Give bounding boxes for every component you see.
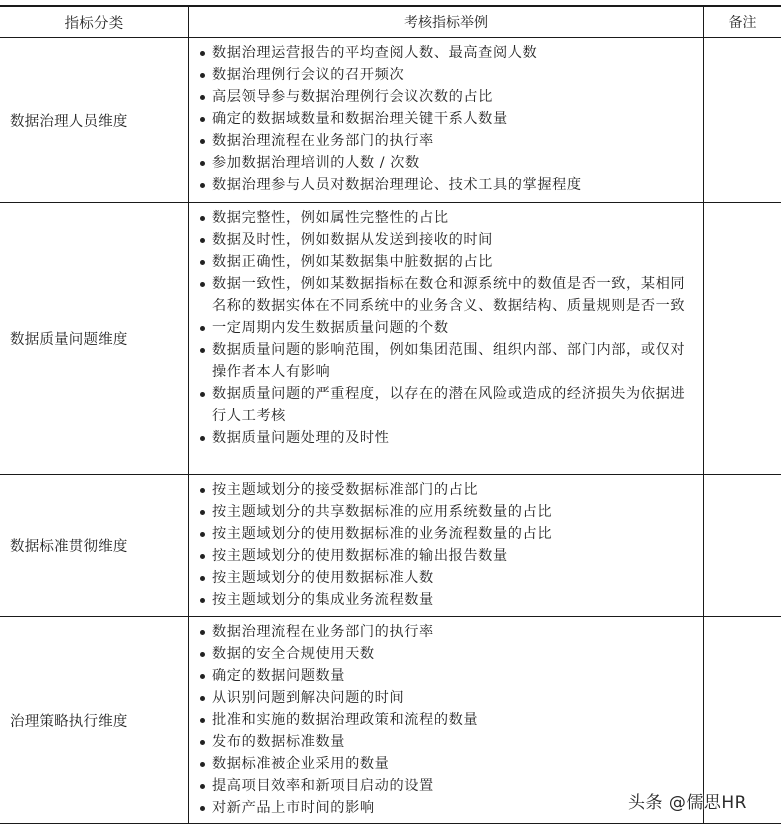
category-cell: 数据质量问题维度 xyxy=(0,203,189,474)
bullet-icon xyxy=(200,488,205,493)
item-text: 提高项目效率和新项目启动的设置 xyxy=(212,778,434,794)
bullet-icon xyxy=(200,117,205,122)
item-text: 数据质量问题处理的及时性 xyxy=(212,430,389,446)
list-item: 从识别问题到解决问题的时间 xyxy=(199,687,695,709)
bullet-icon xyxy=(200,718,205,723)
bullet-icon xyxy=(200,216,205,221)
bullet-icon xyxy=(200,510,205,515)
bullet-icon xyxy=(200,598,205,603)
list-item: 参加数据治理培训的人数 / 次数 xyxy=(199,152,695,174)
bullet-icon xyxy=(200,183,205,188)
document-page: 指标分类 考核指标举例 备注 数据治理人员维度 数据治理运营报告的平均查阅人数、… xyxy=(0,0,781,829)
examples-cell: 按主题域划分的接受数据标准部门的占比 按主题域划分的共享数据标准的应用系统数量的… xyxy=(189,475,704,616)
watermark: 头条 @儒思HR xyxy=(628,788,747,813)
item-text: 一定周期内发生数据质量问题的个数 xyxy=(212,320,449,336)
item-text: 按主题域划分的使用数据标准的业务流程数量的占比 xyxy=(212,526,552,542)
item-text: 数据质量问题的严重程度，以存在的潜在风险或造成的经济损失为依据进行人工考核 xyxy=(212,386,685,424)
table-row: 数据质量问题维度 数据完整性，例如属性完整性的占比 数据及时性，例如数据从发送到… xyxy=(0,203,781,475)
item-text: 数据及时性，例如数据从发送到接收的时间 xyxy=(212,232,493,248)
bullet-icon xyxy=(200,238,205,243)
item-text: 数据完整性，例如属性完整性的占比 xyxy=(212,210,449,226)
item-text: 数据治理运营报告的平均查阅人数、最高查阅人数 xyxy=(212,45,537,61)
bullet-icon xyxy=(200,652,205,657)
list-item: 批准和实施的数据治理政策和流程的数量 xyxy=(199,709,695,731)
list-item: 提高项目效率和新项目启动的设置 xyxy=(199,775,695,797)
indicator-list: 数据完整性，例如属性完整性的占比 数据及时性，例如数据从发送到接收的时间 数据正… xyxy=(199,207,695,449)
item-text: 确定的数据域数量和数据治理关键干系人数量 xyxy=(212,111,508,127)
item-text: 确定的数据问题数量 xyxy=(212,668,345,684)
item-text: 从识别问题到解决问题的时间 xyxy=(212,690,404,706)
bullet-icon xyxy=(200,436,205,441)
list-item: 数据质量问题的严重程度，以存在的潜在风险或造成的经济损失为依据进行人工考核 xyxy=(199,383,695,427)
list-item: 数据及时性，例如数据从发送到接收的时间 xyxy=(199,229,695,251)
list-item: 确定的数据问题数量 xyxy=(199,665,695,687)
item-text: 数据治理流程在业务部门的执行率 xyxy=(212,133,434,149)
item-text: 数据治理参与人员对数据治理理论、技术工具的掌握程度 xyxy=(212,177,582,193)
item-text: 数据治理例行会议的召开频次 xyxy=(212,67,404,83)
examples-cell: 数据治理流程在业务部门的执行率 数据的安全合规使用天数 确定的数据问题数量 从识… xyxy=(189,617,704,823)
bullet-icon xyxy=(200,73,205,78)
list-item: 数据治理参与人员对数据治理理论、技术工具的掌握程度 xyxy=(199,174,695,196)
list-item: 按主题域划分的使用数据标准的输出报告数量 xyxy=(199,545,695,567)
list-item: 按主题域划分的接受数据标准部门的占比 xyxy=(199,479,695,501)
item-text: 数据的安全合规使用天数 xyxy=(212,646,375,662)
bullet-icon xyxy=(200,630,205,635)
indicator-list: 数据治理运营报告的平均查阅人数、最高查阅人数 数据治理例行会议的召开频次 高层领… xyxy=(199,42,695,196)
list-item: 数据治理运营报告的平均查阅人数、最高查阅人数 xyxy=(199,42,695,64)
item-text: 数据标准被企业采用的数量 xyxy=(212,756,389,772)
list-item: 数据完整性，例如属性完整性的占比 xyxy=(199,207,695,229)
item-text: 批准和实施的数据治理政策和流程的数量 xyxy=(212,712,478,728)
list-item: 确定的数据域数量和数据治理关键干系人数量 xyxy=(199,108,695,130)
list-item: 数据标准被企业采用的数量 xyxy=(199,753,695,775)
examples-cell: 数据治理运营报告的平均查阅人数、最高查阅人数 数据治理例行会议的召开频次 高层领… xyxy=(189,38,704,202)
category-cell: 数据标准贯彻维度 xyxy=(0,475,189,616)
bullet-icon xyxy=(200,51,205,56)
bullet-icon xyxy=(200,784,205,789)
bullet-icon xyxy=(200,326,205,331)
item-text: 按主题域划分的共享数据标准的应用系统数量的占比 xyxy=(212,504,552,520)
list-item: 数据治理例行会议的召开频次 xyxy=(199,64,695,86)
list-item: 数据正确性，例如某数据集中脏数据的占比 xyxy=(199,251,695,273)
notes-cell xyxy=(704,475,781,616)
list-item: 一定周期内发生数据质量问题的个数 xyxy=(199,317,695,339)
kpi-table: 指标分类 考核指标举例 备注 数据治理人员维度 数据治理运营报告的平均查阅人数、… xyxy=(0,5,781,824)
list-item: 数据治理流程在业务部门的执行率 xyxy=(199,621,695,643)
header-category: 指标分类 xyxy=(0,7,189,37)
category-cell: 治理策略执行维度 xyxy=(0,617,189,823)
list-item: 按主题域划分的使用数据标准的业务流程数量的占比 xyxy=(199,523,695,545)
bullet-icon xyxy=(200,161,205,166)
category-cell: 数据治理人员维度 xyxy=(0,38,189,202)
bullet-icon xyxy=(200,95,205,100)
bullet-icon xyxy=(200,348,205,353)
bullet-icon xyxy=(200,260,205,265)
item-text: 发布的数据标准数量 xyxy=(212,734,345,750)
bullet-icon xyxy=(200,806,205,811)
list-item: 按主题域划分的共享数据标准的应用系统数量的占比 xyxy=(199,501,695,523)
list-item: 数据质量问题的影响范围，例如集团范围、组织内部、部门内部，或仅对操作者本人有影响 xyxy=(199,339,695,383)
notes-cell xyxy=(704,203,781,474)
bullet-icon xyxy=(200,282,205,287)
bullet-icon xyxy=(200,139,205,144)
item-text: 按主题域划分的集成业务流程数量 xyxy=(212,592,434,608)
bullet-icon xyxy=(200,532,205,537)
item-text: 按主题域划分的使用数据标准人数 xyxy=(212,570,434,586)
header-examples: 考核指标举例 xyxy=(189,7,704,37)
bullet-icon xyxy=(200,554,205,559)
bullet-icon xyxy=(200,696,205,701)
list-item: 数据的安全合规使用天数 xyxy=(199,643,695,665)
item-text: 对新产品上市时间的影响 xyxy=(212,800,375,816)
item-text: 按主题域划分的接受数据标准部门的占比 xyxy=(212,482,478,498)
bullet-icon xyxy=(200,740,205,745)
item-text: 数据一致性，例如某数据指标在数仓和源系统中的数值是否一致，某相同名称的数据实体在… xyxy=(212,276,685,314)
examples-cell: 数据完整性，例如属性完整性的占比 数据及时性，例如数据从发送到接收的时间 数据正… xyxy=(189,203,704,474)
indicator-list: 按主题域划分的接受数据标准部门的占比 按主题域划分的共享数据标准的应用系统数量的… xyxy=(199,479,695,611)
item-text: 参加数据治理培训的人数 / 次数 xyxy=(212,155,420,171)
item-text: 按主题域划分的使用数据标准的输出报告数量 xyxy=(212,548,508,564)
list-item: 按主题域划分的使用数据标准人数 xyxy=(199,567,695,589)
item-text: 高层领导参与数据治理例行会议次数的占比 xyxy=(212,89,493,105)
header-notes: 备注 xyxy=(704,7,781,37)
notes-cell xyxy=(704,38,781,202)
list-item: 高层领导参与数据治理例行会议次数的占比 xyxy=(199,86,695,108)
list-item: 数据质量问题处理的及时性 xyxy=(199,427,695,449)
item-text: 数据正确性，例如某数据集中脏数据的占比 xyxy=(212,254,493,270)
bullet-icon xyxy=(200,576,205,581)
bullet-icon xyxy=(200,392,205,397)
list-item: 数据治理流程在业务部门的执行率 xyxy=(199,130,695,152)
item-text: 数据质量问题的影响范围，例如集团范围、组织内部、部门内部，或仅对操作者本人有影响 xyxy=(212,342,685,380)
list-item: 按主题域划分的集成业务流程数量 xyxy=(199,589,695,611)
table-header-row: 指标分类 考核指标举例 备注 xyxy=(0,7,781,38)
list-item: 发布的数据标准数量 xyxy=(199,731,695,753)
list-item: 数据一致性，例如某数据指标在数仓和源系统中的数值是否一致，某相同名称的数据实体在… xyxy=(199,273,695,317)
list-item: 对新产品上市时间的影响 xyxy=(199,797,695,819)
indicator-list: 数据治理流程在业务部门的执行率 数据的安全合规使用天数 确定的数据问题数量 从识… xyxy=(199,621,695,819)
item-text: 数据治理流程在业务部门的执行率 xyxy=(212,624,434,640)
bullet-icon xyxy=(200,674,205,679)
table-row: 数据标准贯彻维度 按主题域划分的接受数据标准部门的占比 按主题域划分的共享数据标… xyxy=(0,475,781,617)
table-row: 数据治理人员维度 数据治理运营报告的平均查阅人数、最高查阅人数 数据治理例行会议… xyxy=(0,38,781,203)
bullet-icon xyxy=(200,762,205,767)
